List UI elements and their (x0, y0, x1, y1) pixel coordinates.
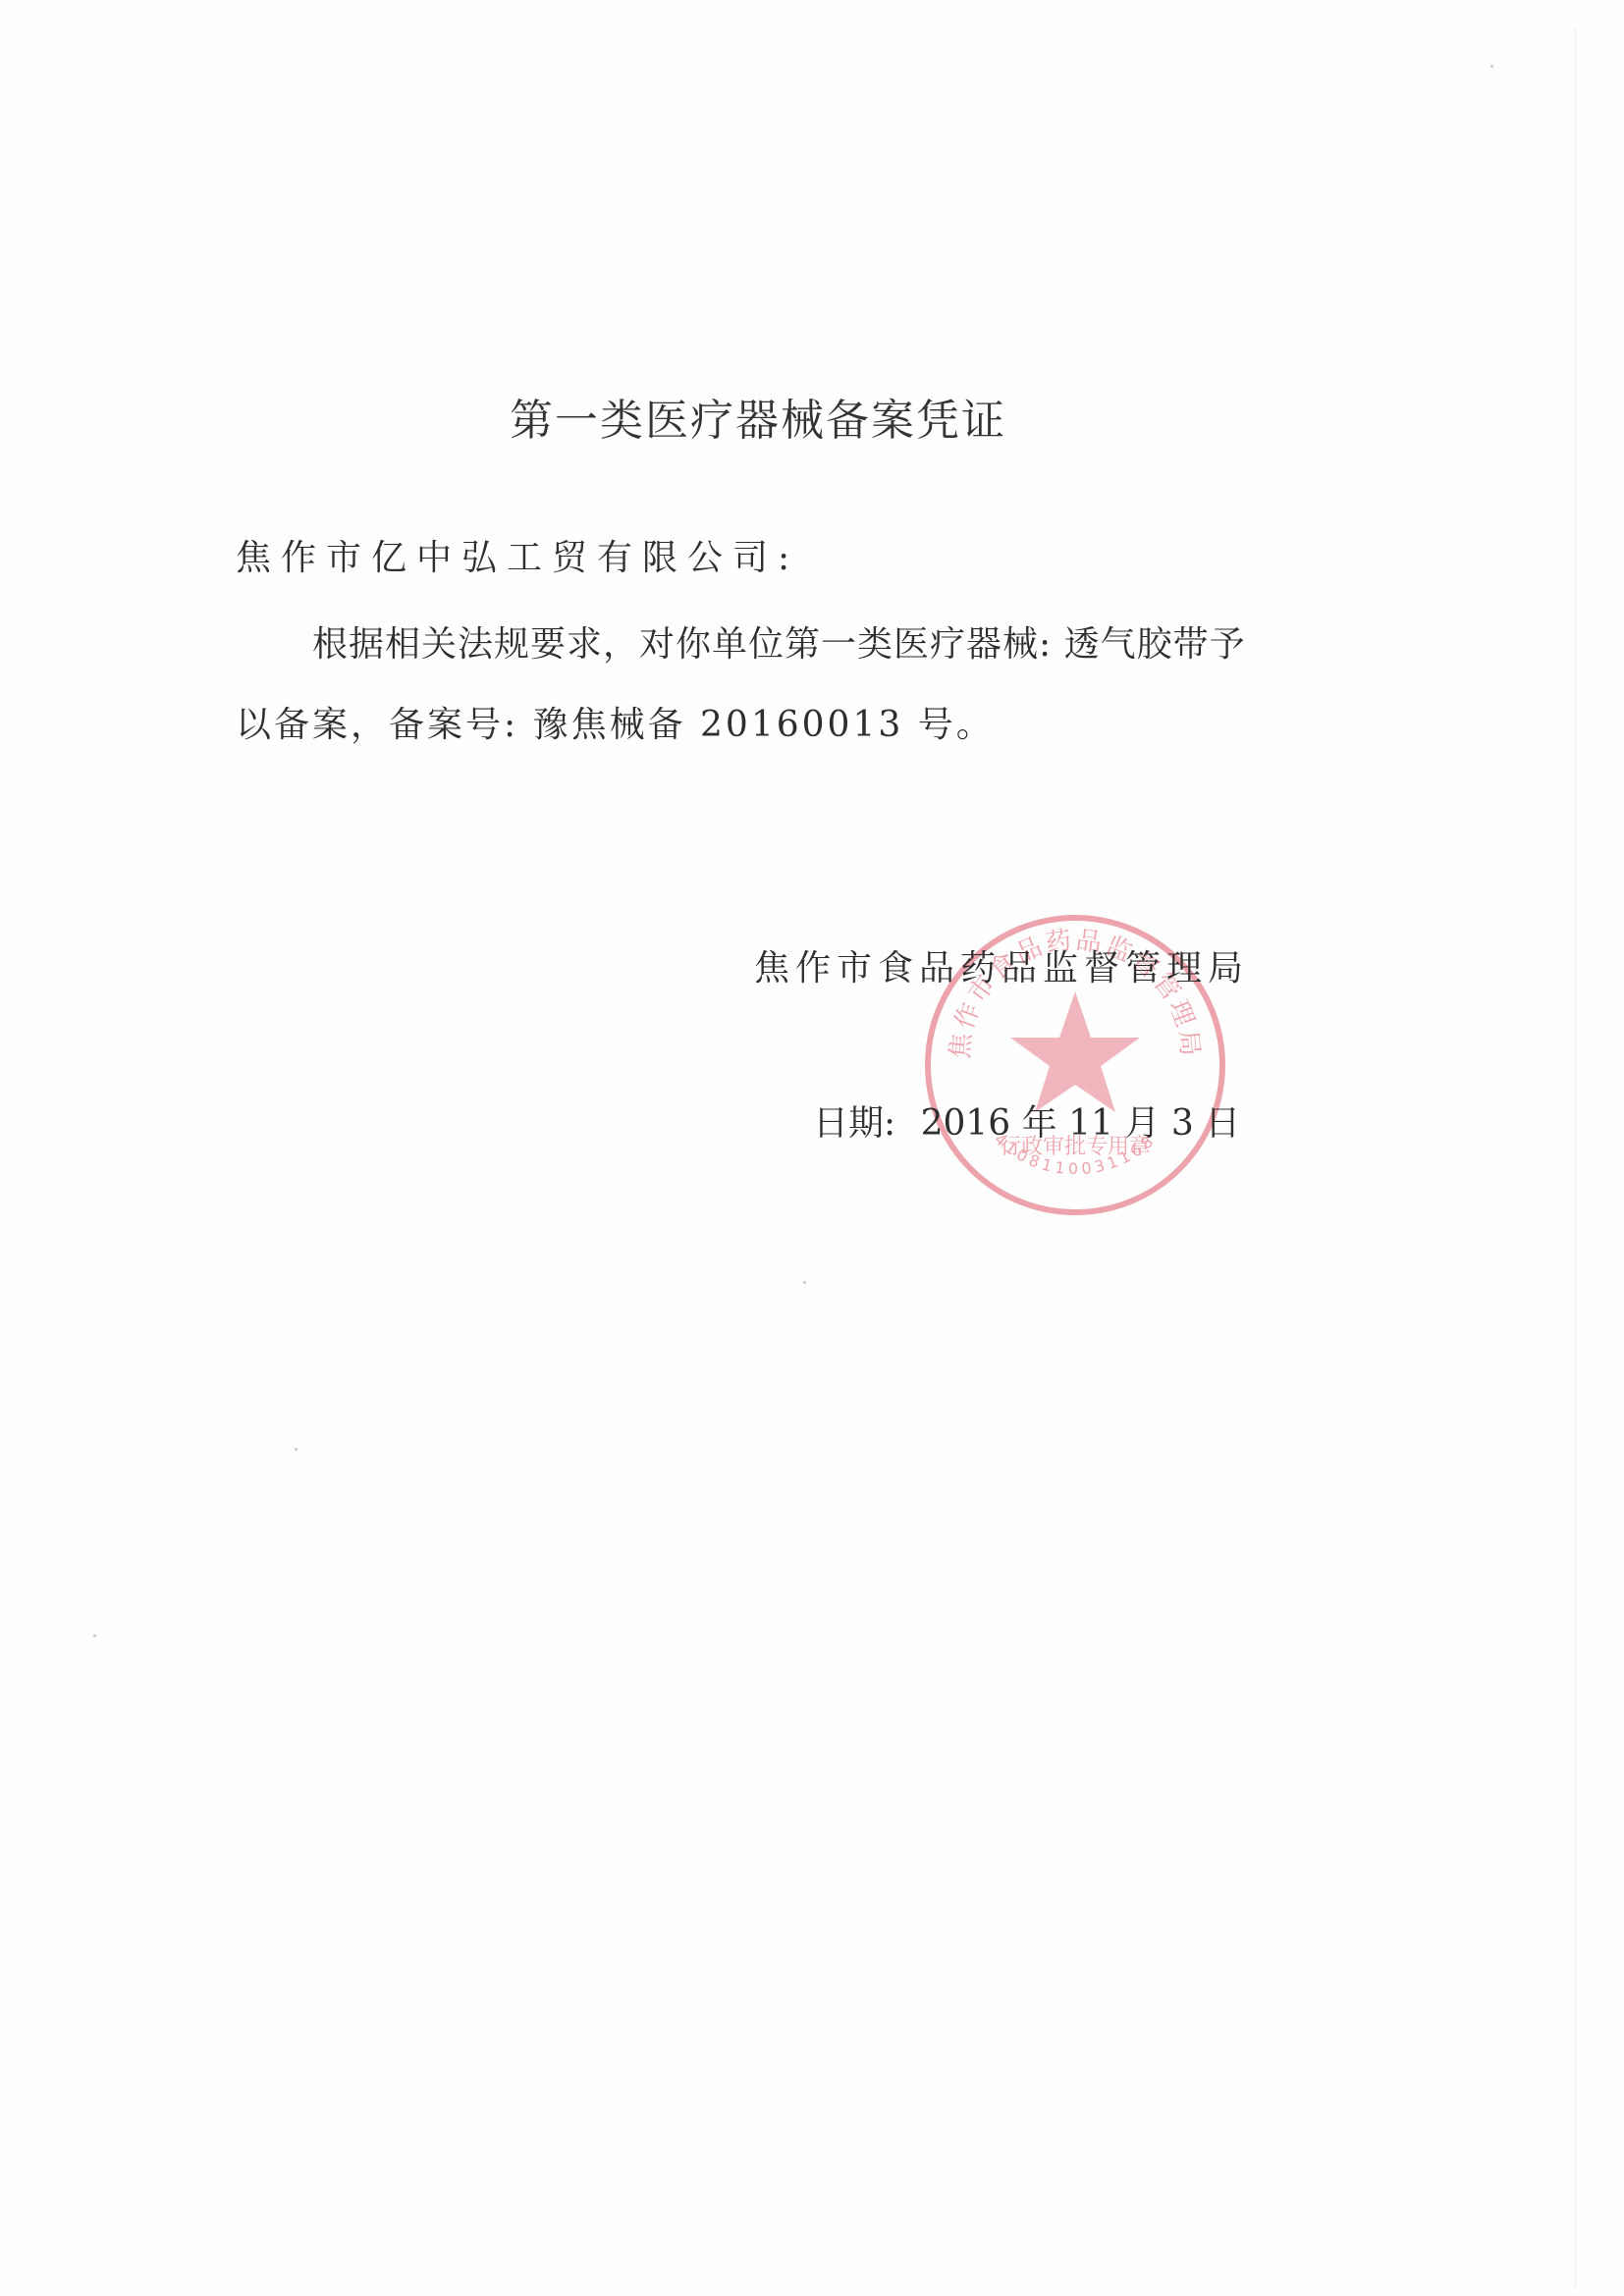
date-year-unit: 年 (1022, 1103, 1057, 1144)
scan-speck (1490, 65, 1493, 68)
date-year: 2016 (921, 1103, 1011, 1144)
recipient-line: 焦作市亿中弘工贸有限公司: (236, 530, 799, 580)
scan-edge-artifact (1574, 29, 1577, 2287)
date-day-unit: 日 (1205, 1103, 1240, 1144)
date-month: 11 (1068, 1103, 1113, 1144)
scan-speck (93, 1634, 96, 1637)
body-paragraph-line-1: 根据相关法规要求，对你单位第一类医疗器械: 透气胶带予 (312, 616, 1246, 667)
scan-speck (295, 1448, 298, 1451)
date-day: 3 (1171, 1103, 1194, 1144)
document-title: 第一类医疗器械备案凭证 (0, 385, 1624, 448)
title-text: 第一类医疗器械备案凭证 (510, 396, 1006, 446)
document-page: 第一类医疗器械备案凭证 焦作市亿中弘工贸有限公司: 根据相关法规要求，对你单位第… (0, 0, 1624, 2296)
date-month-unit: 月 (1124, 1103, 1160, 1144)
date-label: 日期: (813, 1103, 895, 1144)
scan-speck (803, 1281, 806, 1284)
body-paragraph-line-2: 以备案，备案号: 豫焦械备 20160013 号。 (236, 697, 995, 747)
star-icon (1010, 991, 1140, 1112)
issue-date: 日期: 2016 年 11 月 3 日 (813, 1095, 1240, 1146)
issuing-authority: 焦作市食品药品监督管理局 (754, 940, 1249, 990)
